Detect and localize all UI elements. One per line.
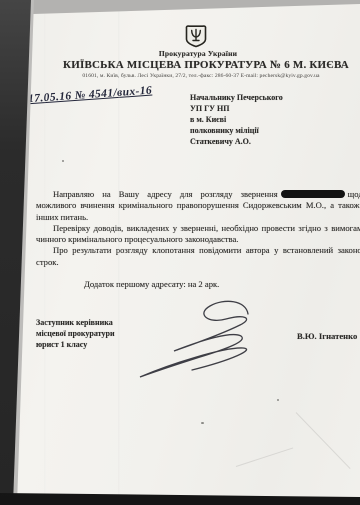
letterhead-address-line: 01601, м. Київ, бульв. Лесі Українки, 27… [38, 73, 360, 79]
letterhead-country-line: Прокуратура України [38, 49, 358, 58]
scan-speck [277, 399, 279, 401]
paper-crease [296, 412, 351, 469]
letter-body: Направляю на Вашу адресу для розгляду зв… [36, 189, 360, 268]
recipient-line: в м. Києві [190, 114, 350, 125]
body-paragraph-3: Про результати розгляду клопотання повід… [36, 245, 360, 268]
document-page: Прокуратура України КИЇВСЬКА МІСЦЕВА ПРО… [0, 0, 360, 505]
scanned-letter-screen: Прокуратура України КИЇВСЬКА МІСЦЕВА ПРО… [0, 0, 360, 505]
handwritten-signature [128, 292, 262, 380]
scan-speck [201, 422, 204, 424]
recipient-line: полковнику міліції [190, 125, 350, 136]
handwritten-reference: 17.05.16 № 4541/вих-16 [28, 83, 178, 105]
prosecutor-emblem-icon [183, 24, 209, 49]
paper-crease [236, 447, 293, 466]
recipient-line: УП ГУ НП [190, 103, 350, 114]
recipient-block: Начальнику Печерського УП ГУ НП в м. Киє… [190, 92, 350, 147]
recipient-line: Статкевичу А.О. [190, 136, 350, 147]
paragraph-1-text-before: Направляю на Вашу адресу для розгляду зв… [53, 189, 278, 199]
letterhead-org-name: КИЇВСЬКА МІСЦЕВА ПРОКУРАТУРА № 6 М. КИЄВ… [46, 59, 360, 71]
scan-top-shadow [0, 0, 360, 16]
scan-speck [62, 160, 64, 162]
redaction-bar [281, 190, 345, 198]
body-paragraph-1: Направляю на Вашу адресу для розгляду зв… [36, 189, 360, 223]
recipient-line: Начальнику Печерського [190, 92, 350, 103]
paper-crease [118, 0, 120, 495]
body-paragraph-2: Перевірку доводів, викладених у зверненн… [36, 223, 360, 246]
attachment-note: Додаток першому адресату: на 2 арк. [84, 279, 219, 289]
signatory-name: В.Ю. Ігнатенко [297, 331, 357, 341]
paper-crease [44, 0, 46, 495]
